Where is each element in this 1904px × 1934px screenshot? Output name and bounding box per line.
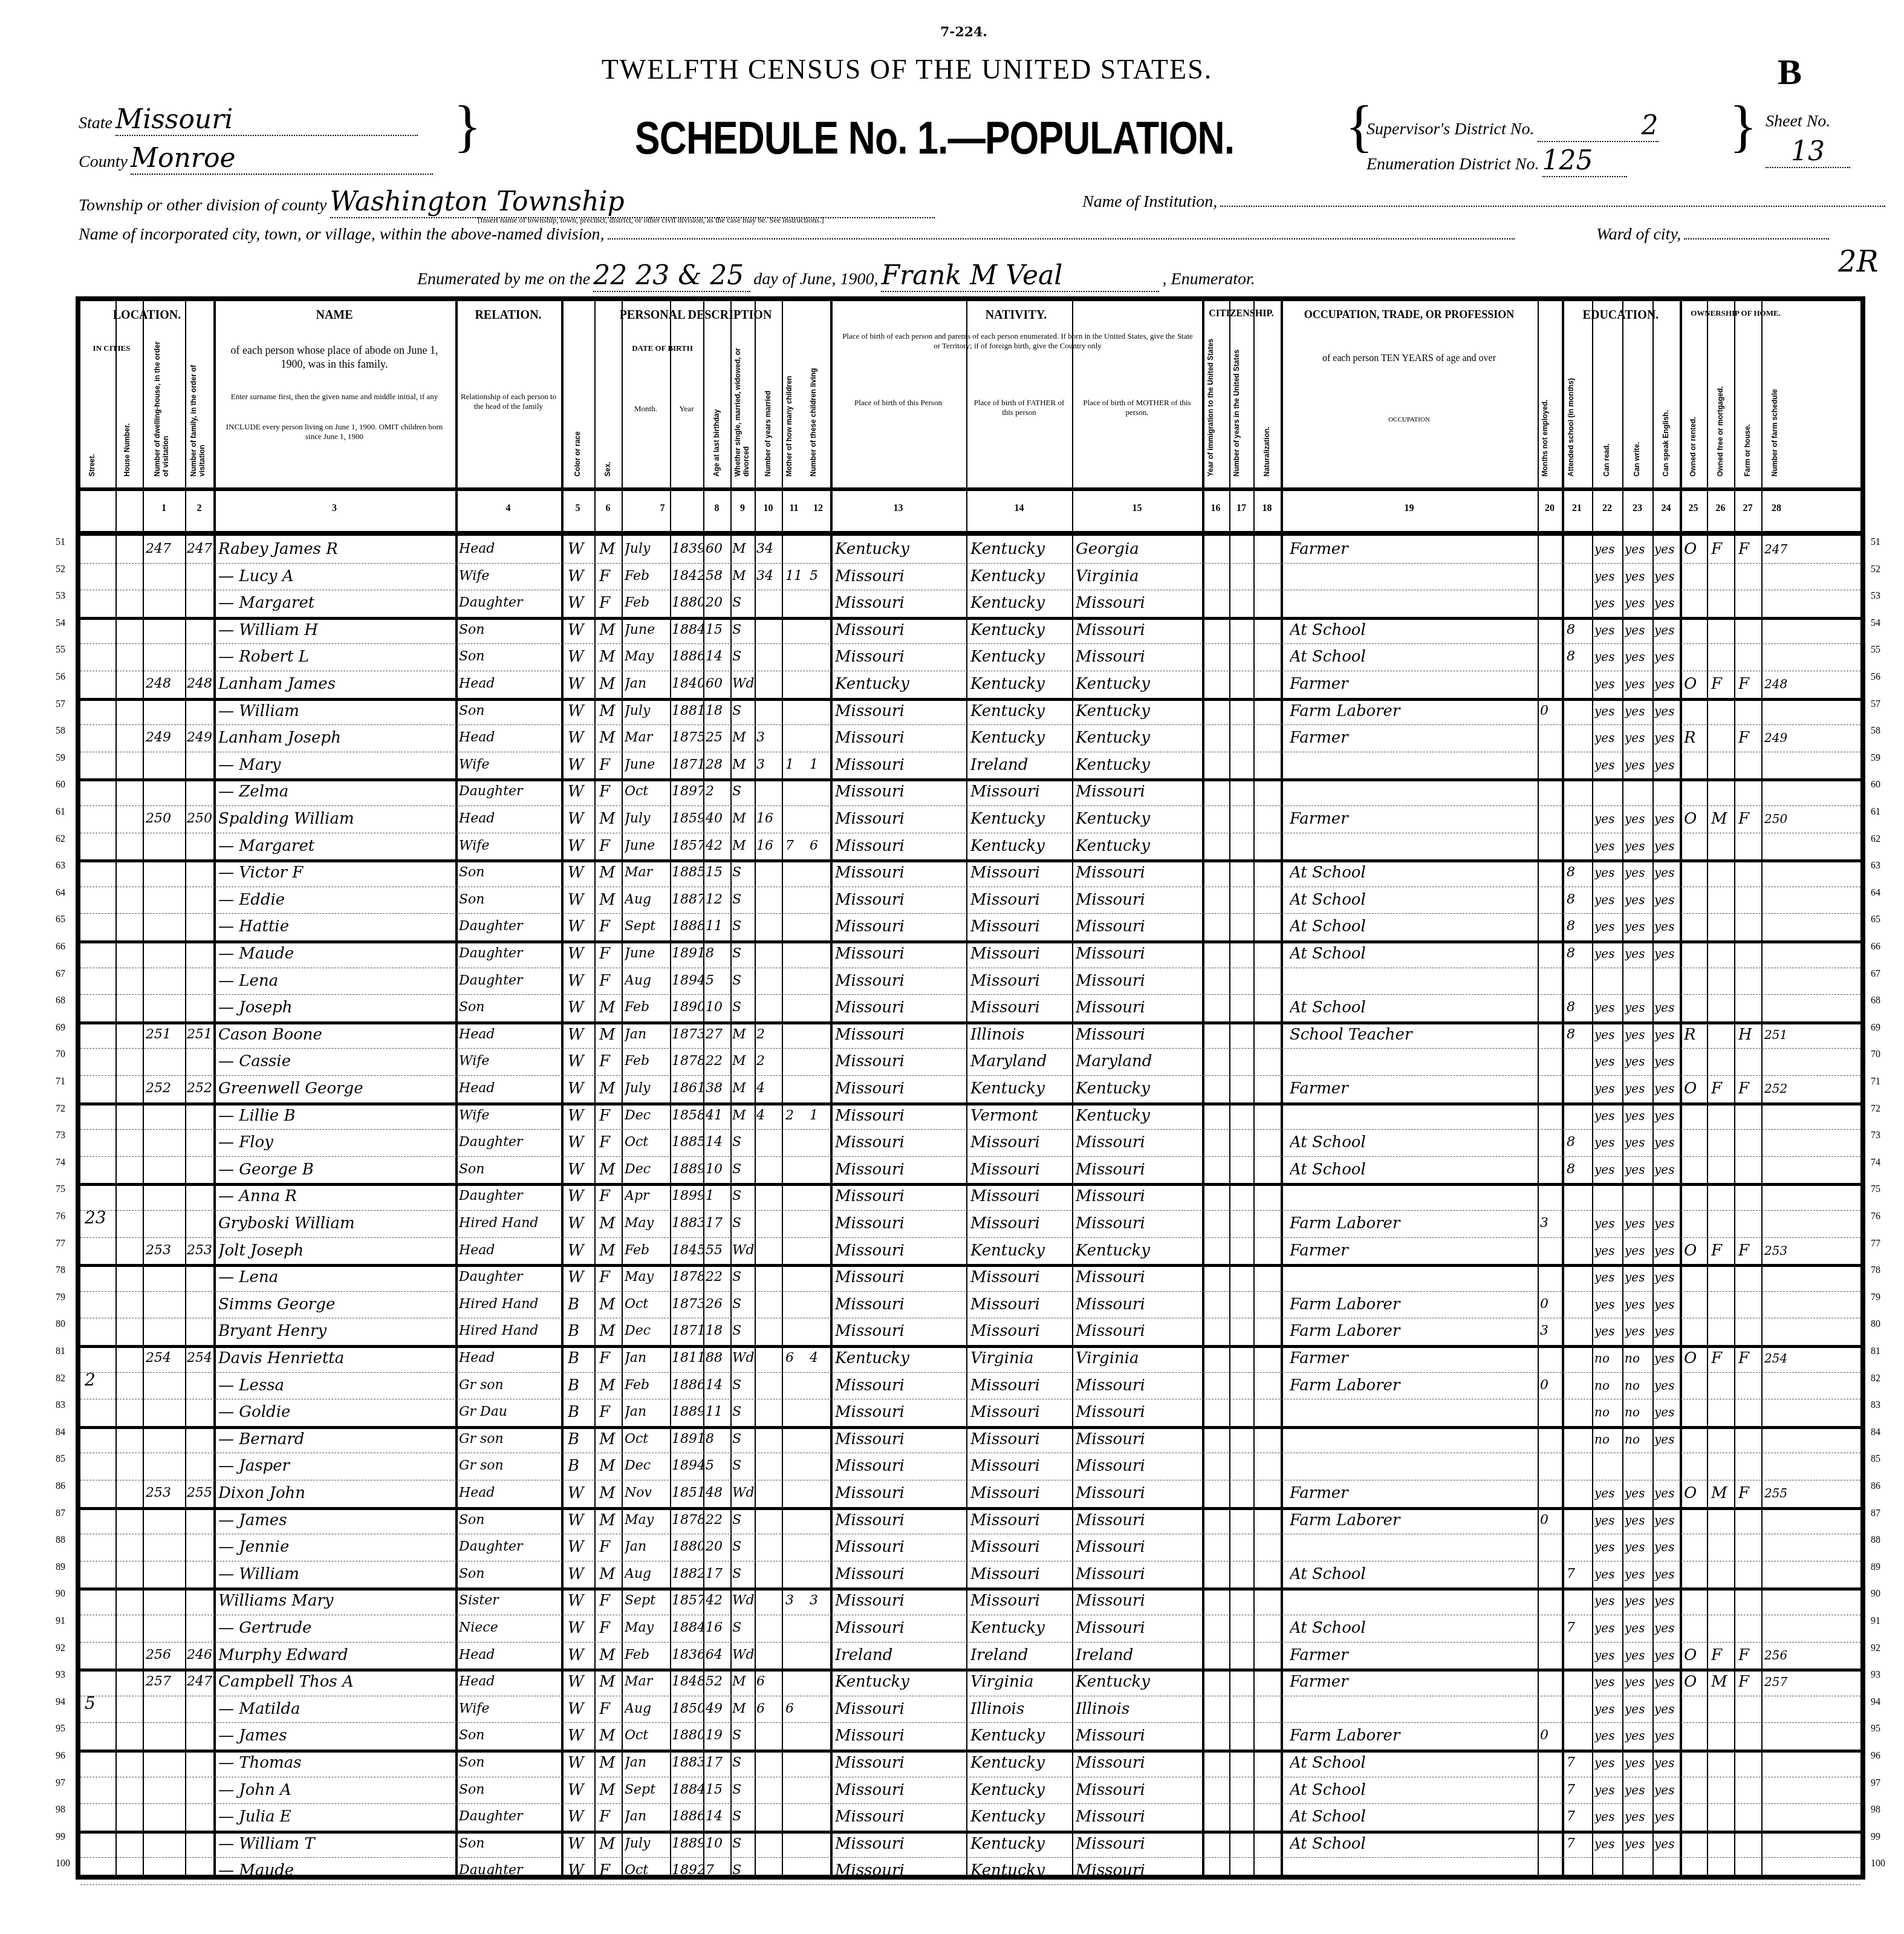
birthplace-mother: Ireland (1076, 1643, 1200, 1667)
free-mortgaged (1711, 1104, 1734, 1128)
sex: M (599, 1670, 621, 1694)
owned-rented (1684, 834, 1707, 858)
mother-of-children (785, 1832, 805, 1856)
free-mortgaged (1711, 1858, 1734, 1883)
birthplace-father: Missouri (970, 1292, 1071, 1317)
can-speak-english: yes (1654, 1724, 1680, 1748)
color-race: B (568, 1319, 592, 1343)
can-read: yes (1594, 618, 1622, 642)
relation: Daughter (459, 1130, 560, 1154)
can-speak-english: yes (1654, 1049, 1680, 1073)
birthplace-mother: Georgia (1076, 537, 1200, 561)
sheet-number-field: Sheet No. 13 (1766, 112, 1850, 168)
months-unemployed (1540, 753, 1561, 777)
owned-rented (1684, 1858, 1707, 1883)
age: 5 (706, 1454, 730, 1478)
person-name: Cason Boone (218, 1023, 454, 1047)
ward-value (1684, 238, 1829, 239)
birthplace-father: Missouri (970, 1373, 1071, 1398)
color-race: W (568, 591, 592, 615)
marital-status: Wd (732, 1589, 754, 1613)
months-unemployed (1540, 564, 1561, 588)
years-married (756, 1346, 781, 1370)
relation: Gr Dau (459, 1400, 560, 1424)
farm-house (1738, 1184, 1761, 1208)
relation: Daughter (459, 1858, 560, 1883)
dwelling-number (146, 1562, 183, 1586)
age: 14 (706, 1130, 730, 1154)
birthplace-mother: Missouri (1076, 618, 1200, 642)
mother-of-children (785, 1508, 805, 1532)
mother-of-children (785, 699, 805, 723)
line-number-left: 81 (56, 1346, 65, 1357)
occupation (1290, 1104, 1535, 1128)
birthplace-mother: Missouri (1076, 1130, 1200, 1154)
birthplace-father: Vermont (970, 1104, 1071, 1128)
col-number: 8 (703, 503, 730, 514)
occupation: Farmer (1290, 726, 1535, 750)
years-married (756, 1292, 781, 1317)
person-name: — Lena (218, 1265, 454, 1289)
enumerator-label: , Enumerator. (1163, 270, 1255, 288)
age: 17 (706, 1751, 730, 1775)
birthplace-father: Kentucky (970, 1778, 1071, 1802)
farm-schedule-number: 254 (1764, 1346, 1792, 1370)
relation: Daughter (459, 1535, 560, 1559)
birth-month: July (625, 1832, 669, 1856)
children-living: 6 (810, 834, 829, 858)
birthplace-person: Missouri (835, 942, 965, 966)
header-house-number: House Number. (123, 392, 131, 477)
birth-year: 1890 (672, 995, 703, 1020)
header-immigration: Year of immigration to the United States (1206, 337, 1226, 477)
can-write: yes (1625, 1643, 1652, 1667)
age: 22 (706, 1265, 730, 1289)
farm-house (1738, 1130, 1761, 1154)
can-read: yes (1594, 1319, 1622, 1343)
relation: Daughter (459, 1265, 560, 1289)
occupation: At School (1290, 942, 1535, 966)
birthplace-person: Missouri (835, 1778, 965, 1802)
line-number-left: 99 (56, 1832, 65, 1843)
children-living (810, 1427, 829, 1451)
farm-schedule-number (1764, 914, 1792, 939)
farm-schedule-number: 255 (1764, 1481, 1792, 1505)
can-speak-english: yes (1654, 1104, 1680, 1128)
table-row: — Gertrude Niece W F May 1884 16 S Misso… (80, 1615, 1860, 1643)
line-number-left: 71 (56, 1076, 65, 1087)
col-number: 4 (455, 503, 561, 514)
family-number (187, 1454, 213, 1478)
birthplace-father: Ireland (970, 1643, 1071, 1667)
attended-school (1567, 1858, 1591, 1883)
sex: M (599, 1239, 621, 1263)
sex: F (599, 1858, 621, 1883)
dwelling-number (146, 1184, 183, 1208)
occupation (1290, 1589, 1535, 1613)
birthplace-mother: Kentucky (1076, 753, 1200, 777)
years-married (756, 1805, 781, 1829)
owned-rented (1684, 1157, 1707, 1182)
birthplace-person: Missouri (835, 618, 965, 642)
can-read: yes (1594, 995, 1622, 1020)
years-married (756, 1589, 781, 1613)
marital-status: S (732, 1319, 754, 1343)
occupation: At School (1290, 1562, 1535, 1586)
marital-status: M (732, 753, 754, 777)
farm-house (1738, 1157, 1761, 1182)
birthplace-mother: Missouri (1076, 1265, 1200, 1289)
can-write: yes (1625, 1616, 1652, 1640)
line-number-right: 93 (1871, 1670, 1880, 1681)
line-number-right: 90 (1871, 1589, 1880, 1600)
months-unemployed (1540, 1562, 1561, 1586)
brace-left: } (453, 97, 481, 155)
months-unemployed (1540, 942, 1561, 966)
occupation: Farm Laborer (1290, 1211, 1535, 1236)
color-race: W (568, 564, 592, 588)
line-number-right: 65 (1871, 914, 1880, 925)
color-race: W (568, 969, 592, 993)
age: 52 (706, 1670, 730, 1694)
family-number (187, 1535, 213, 1559)
occupation (1290, 1400, 1535, 1424)
relation: Son (459, 618, 560, 642)
can-write (1625, 780, 1652, 804)
line-number-left: 52 (56, 564, 65, 575)
years-married (756, 645, 781, 669)
color-race: W (568, 1076, 592, 1101)
table-header: LOCATION. IN CITIES Street. House Number… (80, 301, 1860, 491)
header-name-instr2: INCLUDE every person living on June 1, 1… (226, 422, 443, 442)
mother-of-children (785, 1454, 805, 1478)
line-number-right: 89 (1871, 1562, 1880, 1573)
can-read: yes (1594, 942, 1622, 966)
family-number: 254 (187, 1346, 213, 1370)
birthplace-person: Missouri (835, 834, 965, 858)
person-name: — Maude (218, 942, 454, 966)
relation: Son (459, 995, 560, 1020)
can-speak-english: yes (1654, 807, 1680, 831)
dwelling-number: 247 (146, 537, 183, 561)
years-married (756, 1454, 781, 1478)
children-living (810, 591, 829, 615)
header-relation-desc: Relationship of each person to the head … (460, 392, 557, 412)
years-married: 34 (756, 564, 781, 588)
farm-schedule-number (1764, 753, 1792, 777)
birth-month: Sept (625, 1778, 669, 1802)
birthplace-father: Maryland (970, 1049, 1071, 1073)
months-unemployed (1540, 1751, 1561, 1775)
birth-year: 1857 (672, 1589, 703, 1613)
sex: F (599, 1184, 621, 1208)
can-speak-english: yes (1654, 672, 1680, 696)
dwelling-number (146, 1454, 183, 1478)
table-row: — Goldie Gr Dau B F Jan 1889 11 S Missou… (80, 1399, 1860, 1429)
sex: M (599, 1778, 621, 1802)
color-race: W (568, 1508, 592, 1532)
can-read: yes (1594, 645, 1622, 669)
attended-school (1567, 1670, 1591, 1694)
attended-school (1567, 1239, 1591, 1263)
birthplace-mother: Kentucky (1076, 1670, 1200, 1694)
line-number-right: 67 (1871, 969, 1880, 980)
line-number-left: 96 (56, 1751, 65, 1762)
attended-school (1567, 1184, 1591, 1208)
owned-rented: R (1684, 726, 1707, 750)
line-number-left: 85 (56, 1454, 65, 1465)
column-number-row: 1 2 3 4 5 6 7 8 9 10 11 12 13 14 15 16 1… (80, 487, 1860, 536)
sex: M (599, 1076, 621, 1101)
birthplace-mother: Missouri (1076, 1292, 1200, 1317)
can-write: yes (1625, 1670, 1652, 1694)
years-married (756, 618, 781, 642)
can-write: yes (1625, 564, 1652, 588)
months-unemployed (1540, 1076, 1561, 1101)
occupation (1290, 1184, 1535, 1208)
age: 25 (706, 726, 730, 750)
marital-status: S (732, 942, 754, 966)
birth-year: 1871 (672, 1319, 703, 1343)
years-married (756, 1373, 781, 1398)
can-read: yes (1594, 861, 1622, 885)
person-name: — Goldie (218, 1400, 454, 1424)
color-race: W (568, 861, 592, 885)
col-number: 6 (594, 503, 622, 514)
header-months-unemployed: Months not employed. (1541, 380, 1560, 477)
age: 42 (706, 834, 730, 858)
birthplace-person: Missouri (835, 591, 965, 615)
farm-house (1738, 1697, 1761, 1721)
can-read (1594, 1454, 1622, 1478)
family-number: 253 (187, 1239, 213, 1263)
age: 88 (706, 1346, 730, 1370)
can-speak-english: yes (1654, 834, 1680, 858)
table-row: — George B Son W M Dec 1889 10 S Missour… (80, 1156, 1860, 1187)
enumeration-district-field: Enumeration District No. 125 (1366, 145, 1627, 177)
age: 20 (706, 1535, 730, 1559)
relation: Head (459, 1670, 560, 1694)
free-mortgaged (1711, 780, 1734, 804)
months-unemployed (1540, 1130, 1561, 1154)
birth-month: Oct (625, 1427, 669, 1451)
farm-schedule-number: 257 (1764, 1670, 1792, 1694)
occupation: Farmer (1290, 1481, 1535, 1505)
can-write: yes (1625, 914, 1652, 939)
farm-schedule-number (1764, 618, 1792, 642)
free-mortgaged (1711, 914, 1734, 939)
free-mortgaged: F (1711, 1643, 1734, 1667)
person-name: — George B (218, 1157, 454, 1182)
dwelling-number (146, 699, 183, 723)
sex: F (599, 969, 621, 993)
birthplace-person: Missouri (835, 1104, 965, 1128)
birthplace-person: Missouri (835, 726, 965, 750)
family-number (187, 618, 213, 642)
farm-schedule-number (1764, 834, 1792, 858)
farm-house (1738, 1535, 1761, 1559)
can-write: yes (1625, 1805, 1652, 1829)
farm-schedule-number (1764, 1562, 1792, 1586)
mother-of-children (785, 1724, 805, 1748)
person-name: — Lena (218, 969, 454, 993)
children-living (810, 699, 829, 723)
can-speak-english: yes (1654, 1643, 1680, 1667)
line-number-left: 69 (56, 1023, 65, 1034)
birthplace-father: Missouri (970, 914, 1071, 939)
birthplace-mother: Kentucky (1076, 834, 1200, 858)
can-write: yes (1625, 807, 1652, 831)
attended-school (1567, 564, 1591, 588)
birthplace-mother: Missouri (1076, 1211, 1200, 1236)
birth-year: 1873 (672, 1292, 703, 1317)
marital-status: S (732, 1832, 754, 1856)
can-speak-english: yes (1654, 1562, 1680, 1586)
birth-month: July (625, 1076, 669, 1101)
attended-school (1567, 726, 1591, 750)
birth-year: 1899 (672, 1184, 703, 1208)
county-value: Monroe (131, 143, 433, 175)
birthplace-mother: Missouri (1076, 1157, 1200, 1182)
owned-rented (1684, 1049, 1707, 1073)
months-unemployed (1540, 1670, 1561, 1694)
township-label: Township or other division of county (79, 196, 327, 215)
birth-year: 1891 (672, 942, 703, 966)
birthplace-father: Kentucky (970, 1751, 1071, 1775)
birthplace-mother: Maryland (1076, 1049, 1200, 1073)
farm-schedule-number (1764, 888, 1792, 912)
header-dob: DATE OF BIRTH (622, 343, 703, 353)
person-name: Lanham Joseph (218, 726, 454, 750)
owned-rented: O (1684, 672, 1707, 696)
marital-status: Wd (732, 1239, 754, 1263)
marital-status: Wd (732, 672, 754, 696)
owned-rented (1684, 1562, 1707, 1586)
family-number (187, 1778, 213, 1802)
family-number (187, 1130, 213, 1154)
color-race: B (568, 1400, 592, 1424)
color-race: W (568, 1697, 592, 1721)
farm-schedule-number (1764, 969, 1792, 993)
birthplace-mother: Missouri (1076, 1373, 1200, 1398)
dwelling-number (146, 1805, 183, 1829)
color-race: W (568, 780, 592, 804)
farm-house (1738, 969, 1761, 993)
can-read: yes (1594, 1832, 1622, 1856)
sex: F (599, 780, 621, 804)
months-unemployed (1540, 995, 1561, 1020)
birth-year: 1840 (672, 672, 703, 696)
can-write: yes (1625, 1076, 1652, 1101)
owned-rented (1684, 942, 1707, 966)
can-read: yes (1594, 699, 1622, 723)
person-name: — William T (218, 1832, 454, 1856)
color-race: W (568, 1184, 592, 1208)
free-mortgaged (1711, 969, 1734, 993)
farm-house (1738, 1373, 1761, 1398)
sex: M (599, 618, 621, 642)
farm-schedule-number: 248 (1764, 672, 1792, 696)
person-name: — Anna R (218, 1184, 454, 1208)
county-label: County (79, 152, 128, 171)
attended-school (1567, 1265, 1591, 1289)
person-name: — Maude (218, 1858, 454, 1883)
farm-schedule-number (1764, 1184, 1792, 1208)
months-unemployed (1540, 1157, 1561, 1182)
header-family: Number of family, in the order of visita… (189, 337, 209, 477)
family-number (187, 1562, 213, 1586)
family-number (187, 1265, 213, 1289)
birthplace-mother: Virginia (1076, 1346, 1200, 1370)
can-speak-english: yes (1654, 1589, 1680, 1613)
owned-rented (1684, 564, 1707, 588)
children-living (810, 807, 829, 831)
header-occupation-sub: OCCUPATION (1281, 416, 1538, 425)
birth-month: Nov (625, 1481, 669, 1505)
farm-house: F (1738, 537, 1761, 561)
birth-month: Feb (625, 995, 669, 1020)
birthplace-person: Missouri (835, 888, 965, 912)
can-speak-english: yes (1654, 888, 1680, 912)
owned-rented: R (1684, 1023, 1707, 1047)
children-living (810, 1858, 829, 1883)
age: 2 (706, 780, 730, 804)
birth-year: 1839 (672, 537, 703, 561)
children-living: 4 (810, 1346, 829, 1370)
birthplace-person: Missouri (835, 1832, 965, 1856)
col-number: 1 (143, 503, 185, 514)
person-name: — Mary (218, 753, 454, 777)
birthplace-person: Missouri (835, 1724, 965, 1748)
color-race: W (568, 888, 592, 912)
family-number: 250 (187, 807, 213, 831)
color-race: W (568, 1562, 592, 1586)
birthplace-mother: Kentucky (1076, 699, 1200, 723)
mother-of-children: 7 (785, 834, 805, 858)
owned-rented (1684, 1211, 1707, 1236)
birthplace-mother: Illinois (1076, 1697, 1200, 1721)
farm-house (1738, 834, 1761, 858)
family-number: 247 (187, 537, 213, 561)
dwelling-number (146, 1130, 183, 1154)
owned-rented: O (1684, 807, 1707, 831)
birthplace-mother: Missouri (1076, 1805, 1200, 1829)
years-married (756, 591, 781, 615)
years-married: 3 (756, 753, 781, 777)
farm-schedule-number (1764, 1373, 1792, 1398)
owned-rented (1684, 1508, 1707, 1532)
occupation (1290, 969, 1535, 993)
months-unemployed: 0 (1540, 1724, 1561, 1748)
person-name: — Margaret (218, 591, 454, 615)
line-number-right: 72 (1871, 1104, 1880, 1115)
age: 17 (706, 1211, 730, 1236)
mother-of-children (785, 1858, 805, 1883)
family-number (187, 699, 213, 723)
line-number-left: 62 (56, 834, 65, 845)
line-number-right: 84 (1871, 1427, 1880, 1438)
mother-of-children (785, 1643, 805, 1667)
birthplace-mother: Missouri (1076, 1616, 1200, 1640)
attended-school (1567, 1211, 1591, 1236)
family-number (187, 1049, 213, 1073)
age: 10 (706, 1832, 730, 1856)
marital-status: S (732, 888, 754, 912)
sex: F (599, 1616, 621, 1640)
owned-rented (1684, 1805, 1707, 1829)
table-row: 251 251 Cason Boone Head W M Jan 1873 27… (80, 1021, 1860, 1049)
color-race: W (568, 1239, 592, 1263)
